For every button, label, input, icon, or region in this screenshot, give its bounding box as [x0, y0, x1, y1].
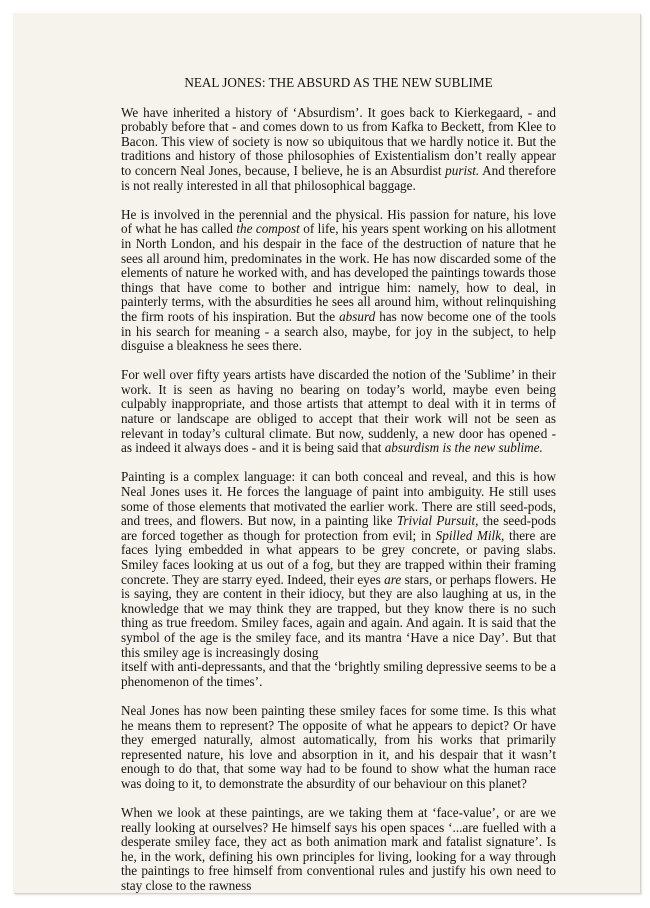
- paragraph-2: He is involved in the perennial and the …: [121, 208, 556, 354]
- paragraph-5: Neal Jones has now been painting these s…: [121, 704, 556, 792]
- paragraph-4: Painting is a complex language: it can b…: [121, 470, 556, 689]
- paragraph-6: When we look at these paintings, are we …: [121, 806, 556, 894]
- paragraphs-container: We have inherited a history of ‘Absurdis…: [121, 106, 556, 894]
- emphasis-text: Spilled Milk,: [436, 528, 505, 543]
- document-title: NEAL JONES: THE ABSURD AS THE NEW SUBLIM…: [121, 76, 556, 91]
- document-page: NEAL JONES: THE ABSURD AS THE NEW SUBLIM…: [13, 13, 640, 893]
- emphasis-text: the compost: [236, 221, 300, 236]
- emphasis-text: Trivial Pursuit,: [397, 513, 479, 528]
- document-body: NEAL JONES: THE ABSURD AS THE NEW SUBLIM…: [121, 76, 556, 908]
- emphasis-text: absurdism is the new sublime.: [385, 440, 543, 455]
- paragraph-3: For well over fifty years artists have d…: [121, 368, 556, 456]
- emphasis-text: purist.: [445, 163, 479, 178]
- emphasis-text: absurd: [339, 309, 375, 324]
- paragraph-1: We have inherited a history of ‘Absurdis…: [121, 106, 556, 194]
- emphasis-text: are: [384, 572, 401, 587]
